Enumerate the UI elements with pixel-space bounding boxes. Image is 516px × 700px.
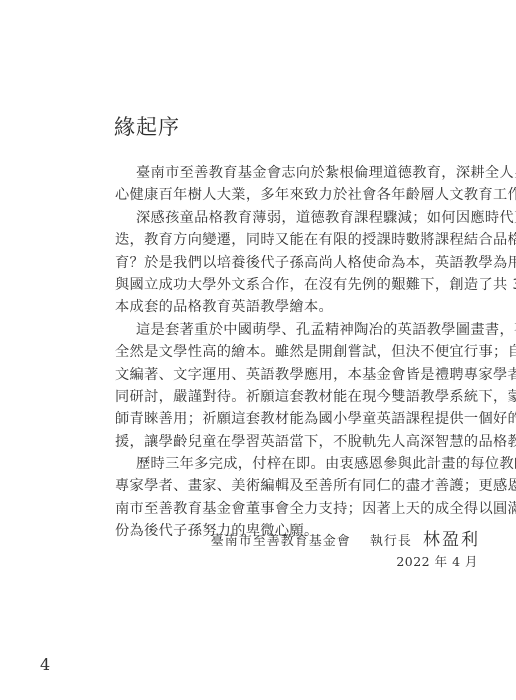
paragraph-2-line-4: 與國立成功大學外文系合作，在沒有先例的艱難下，創造了共 30 (115, 274, 485, 296)
paragraph-4-line-3: 南市至善教育基金會董事會全力支持；因著上天的成全得以圓滿這 (115, 498, 485, 520)
paragraph-2-line-3: 育？於是我們以培養後代子孫高尚人格使命為本，英語教學為用， (115, 252, 485, 274)
paragraph-3-line-3: 文編著、文字運用、英語教學應用，本基金會皆是禮聘專家學者共 (115, 364, 485, 386)
paragraph-3-line-6: 援，讓學齡兒童在學習英語當下，不脫軌先人高深智慧的品格教育。 (115, 431, 485, 453)
paragraph-1-line-2: 心健康百年樹人大業，多年來致力於社會各年齡層人文教育工作。 (115, 184, 485, 206)
paragraph-3-line-5: 師青睞善用；祈願這套教材能為國小學童英語課程提供一個好的支 (115, 408, 485, 430)
signature-name: 林盈利 (423, 530, 480, 550)
paragraph-2-line-2: 迭，教育方向變遷，同時又能在有限的授課時數將課程結合品格教 (115, 229, 485, 251)
signature-line: 臺南市至善教育基金會 執行長 林盈利 (211, 530, 480, 552)
signature-organization: 臺南市至善教育基金會 (211, 534, 351, 549)
paragraph-1-line-1: 臺南市至善教育基金會志向於紮根倫理道德教育，深耕全人身 (115, 162, 485, 184)
page-number: 4 (40, 655, 50, 674)
paragraph-4-line-1: 歷時三年多完成，付梓在即。由衷感恩參與此計畫的每位教師、 (115, 453, 485, 475)
signature-position: 執行長 (370, 534, 412, 549)
preface-body: 臺南市至善教育基金會志向於紮根倫理道德教育，深耕全人身 心健康百年樹人大業，多年… (115, 162, 485, 543)
signature-date: 2022 年 4 月 (211, 552, 478, 572)
paragraph-4-line-2: 專家學者、畫家、美術編輯及至善所有同仁的盡才善護；更感恩臺 (115, 475, 485, 497)
paragraph-3-line-1: 這是套著重於中國萌學、孔孟精神陶冶的英語教學圖畫書，不 (115, 319, 485, 341)
page-title: 緣起序 (114, 111, 180, 141)
paragraph-2-line-1: 深感孩童品格教育薄弱，道德教育課程驟減；如何因應時代更 (115, 207, 485, 229)
paragraph-2-line-5: 本成套的品格教育英語教學繪本。 (115, 296, 485, 318)
signature-block: 臺南市至善教育基金會 執行長 林盈利 2022 年 4 月 (211, 530, 480, 572)
paragraph-3-line-2: 全然是文學性高的繪本。雖然是開創嘗試，但決不便宜行事；自內 (115, 341, 485, 363)
document-page: 緣起序 臺南市至善教育基金會志向於紮根倫理道德教育，深耕全人身 心健康百年樹人大… (0, 0, 516, 700)
paragraph-3-line-4: 同研討，嚴謹對待。祈願這套教材能在現今雙語教學系統下，蒙教 (115, 386, 485, 408)
